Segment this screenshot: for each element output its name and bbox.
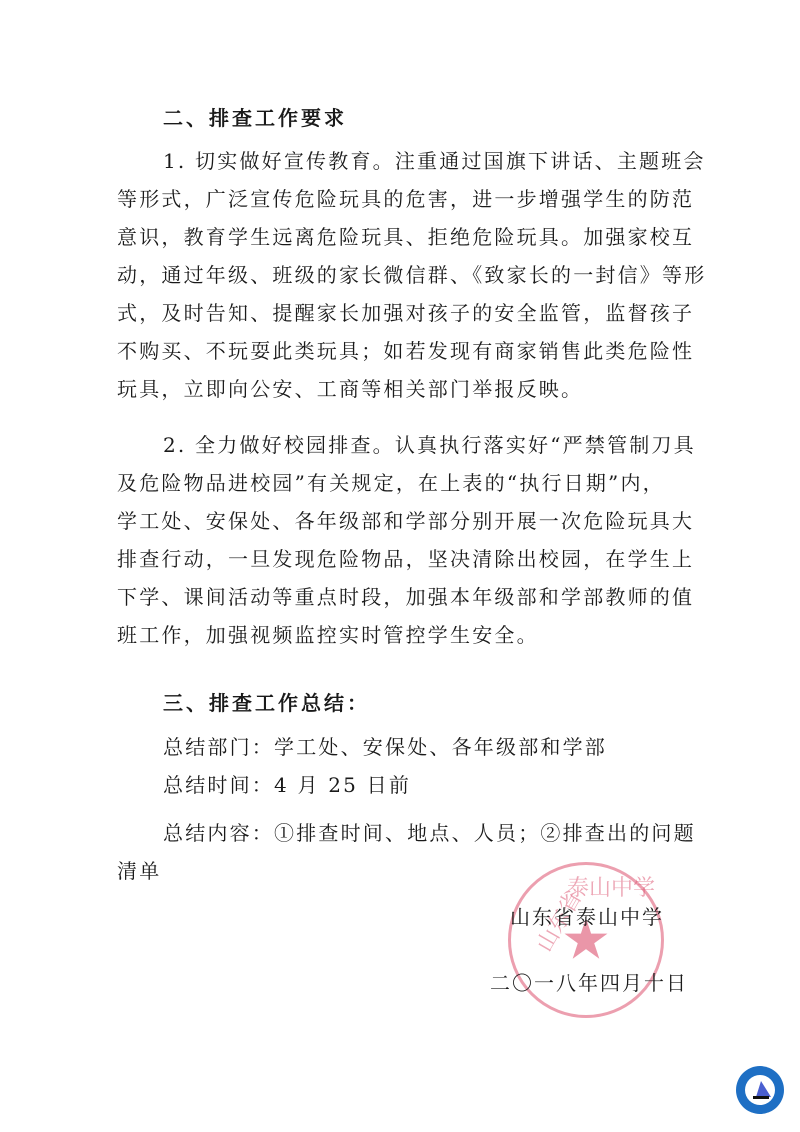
paragraph-line: 下学、课间活动等重点时段，加强本年级部和学部教师的值 [117, 585, 677, 609]
paragraph-line: 2. 全力做好校园排查。认真执行落实好“严禁管制刀具 [163, 433, 723, 457]
summary-department: 总结部门：学工处、安保处、各年级部和学部 [163, 735, 723, 759]
paragraph-line: 意识，教育学生远离危险玩具、拒绝危险玩具。加强家校互 [117, 225, 677, 249]
signature-date: 二〇一八年四月十日 [490, 971, 800, 995]
paragraph-line: 等形式，广泛宣传危险玩具的危害，进一步增强学生的防范 [117, 187, 677, 211]
paragraph-line: 不购买、不玩耍此类玩具；如若发现有商家销售此类危险性 [117, 339, 677, 363]
section-heading-2: 二、排查工作要求 [163, 106, 723, 130]
paragraph-line: 玩具，立即向公安、工商等相关部门举报反映。 [117, 377, 677, 401]
paragraph-line: 动，通过年级、班级的家长微信群、《致家长的一封信》等形 [117, 263, 677, 287]
paragraph-line: 学工处、安保处、各年级部和学部分别开展一次危险玩具大 [117, 509, 677, 533]
paragraph-line: 班工作，加强视频监控实时管控学生安全。 [117, 623, 677, 647]
summary-content: 总结内容：①排查时间、地点、人员；②排查出的问题 [163, 821, 723, 845]
school-logo-icon [736, 1066, 784, 1114]
summary-time: 总结时间：4 月 25 日前 [163, 773, 723, 797]
paragraph-line: 式，及时告知、提醒家长加强对孩子的安全监管，监督孩子 [117, 301, 677, 325]
signature-org: 山东省泰山中学 [510, 905, 800, 929]
section-heading-3: 三、排查工作总结： [163, 691, 723, 715]
paragraph-line: 1. 切实做好宣传教育。注重通过国旗下讲话、主题班会 [163, 149, 723, 173]
paragraph-line: 排查行动，一旦发现危险物品，坚决清除出校园，在学生上 [117, 547, 677, 571]
seal-text-right: 泰山中学 [567, 871, 655, 902]
paragraph-line: 及危险物品进校园”有关规定，在上表的“执行日期”内， [117, 471, 677, 495]
